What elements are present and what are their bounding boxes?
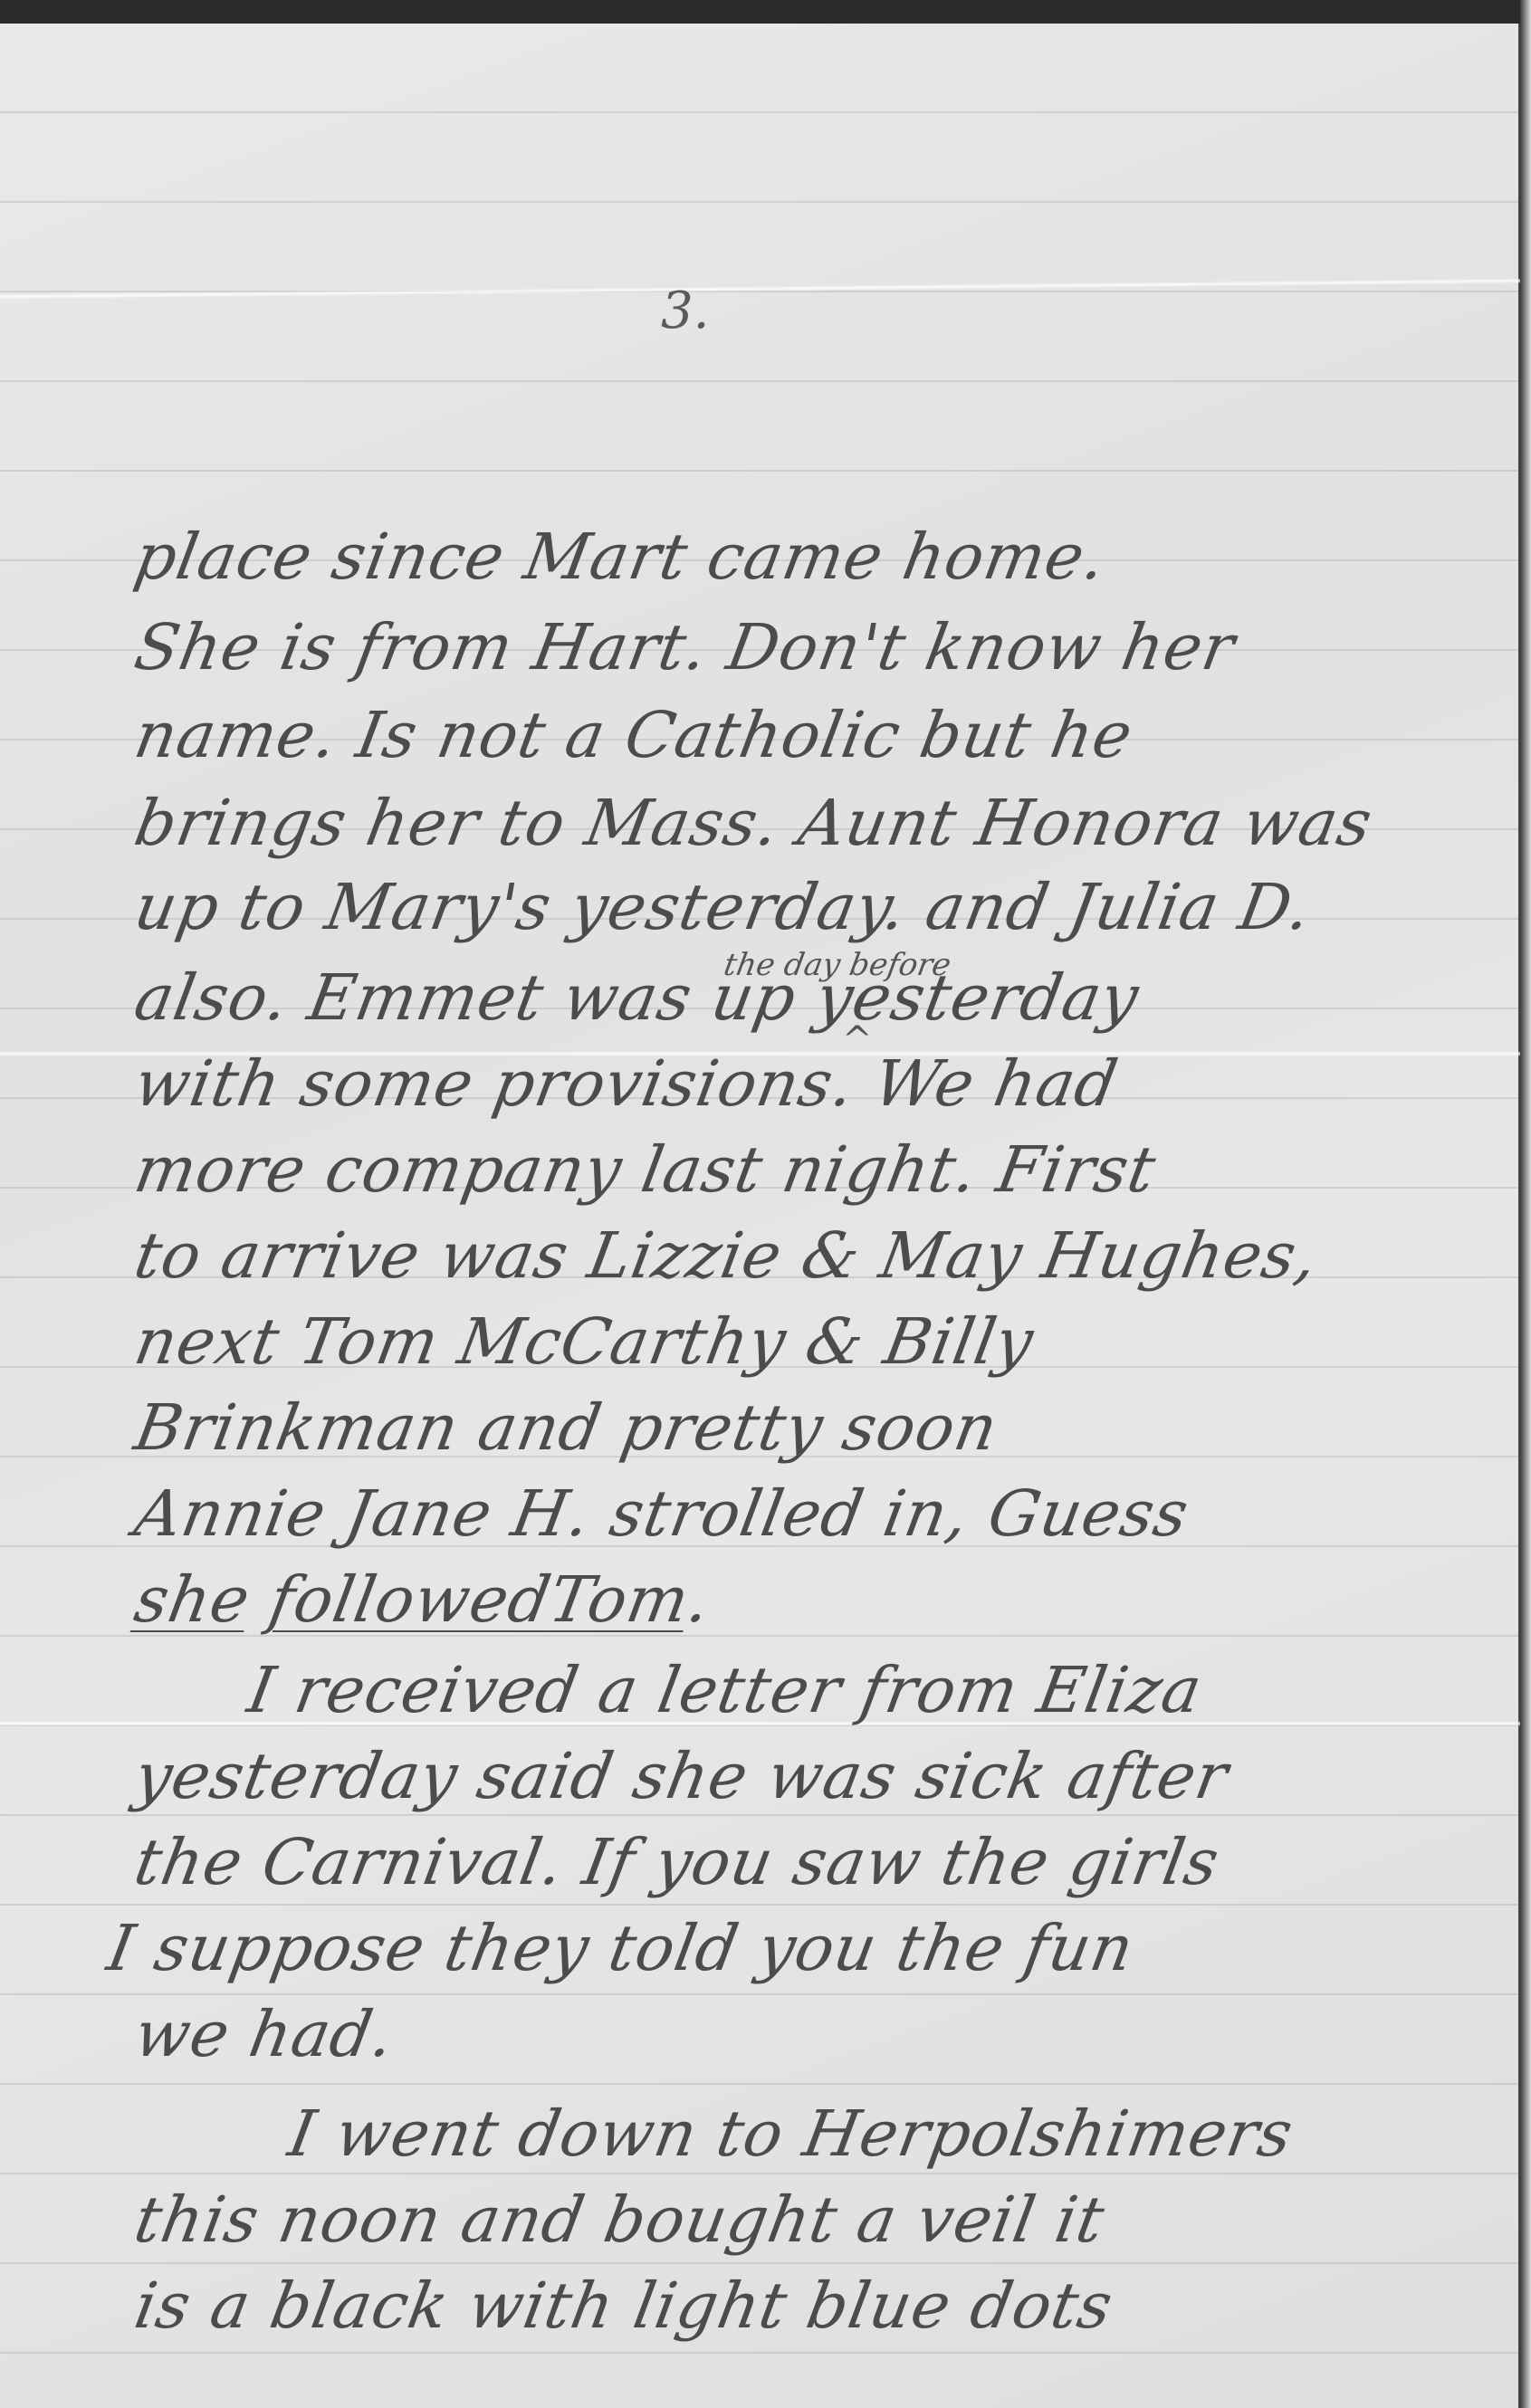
letter-line: place since Mart came home. <box>129 520 1112 594</box>
letter-paper: 3. place since Mart came home. She is fr… <box>0 24 1520 2408</box>
letter-line: I went down to Herpolshimers <box>283 2097 1299 2171</box>
letter-line: yesterday said she was sick after <box>129 1739 1234 1813</box>
letter-line: Annie Jane H. strolled in, Guess <box>129 1476 1195 1551</box>
letter-line: also. Emmet was up yesterday <box>129 960 1145 1035</box>
underlined-word: she <box>129 1562 256 1637</box>
letter-line: next Tom McCarthy & Billy <box>129 1304 1039 1379</box>
scan-top-border <box>0 0 1531 24</box>
letter-line: she followedTom. <box>129 1562 716 1637</box>
letter-line: name. Is not a Catholic but he <box>129 698 1139 772</box>
underlined-word: followed <box>263 1562 557 1637</box>
letter-line: we had. <box>129 1997 400 2071</box>
letter-line: Brinkman and pretty soon <box>129 1390 1004 1465</box>
underlined-word: Tom <box>544 1562 695 1637</box>
paper-fold-crease <box>0 278 1520 300</box>
letter-line: I received a letter from Eliza <box>243 1653 1208 1727</box>
letter-line: is a black with light blue dots <box>129 2269 1119 2343</box>
letter-line: with some provisions. We had <box>129 1046 1124 1121</box>
letter-line: more company last night. First <box>129 1132 1162 1207</box>
scan-right-border <box>1520 0 1531 2408</box>
letter-line: this noon and bought a veil it <box>129 2183 1111 2257</box>
letter-line: brings her to Mass. Aunt Honora was <box>129 786 1378 860</box>
letter-line: She is from Hart. Don't know her <box>129 610 1241 684</box>
page-number: 3. <box>661 282 709 340</box>
letter-line: I suppose they told you the fun <box>102 1911 1140 1985</box>
letter-line: up to Mary's yesterday. and Julia D. <box>129 870 1317 944</box>
letter-line: to arrive was Lizzie & May Hughes, <box>129 1218 1324 1293</box>
letter-line: the Carnival. If you saw the girls <box>129 1825 1225 1899</box>
